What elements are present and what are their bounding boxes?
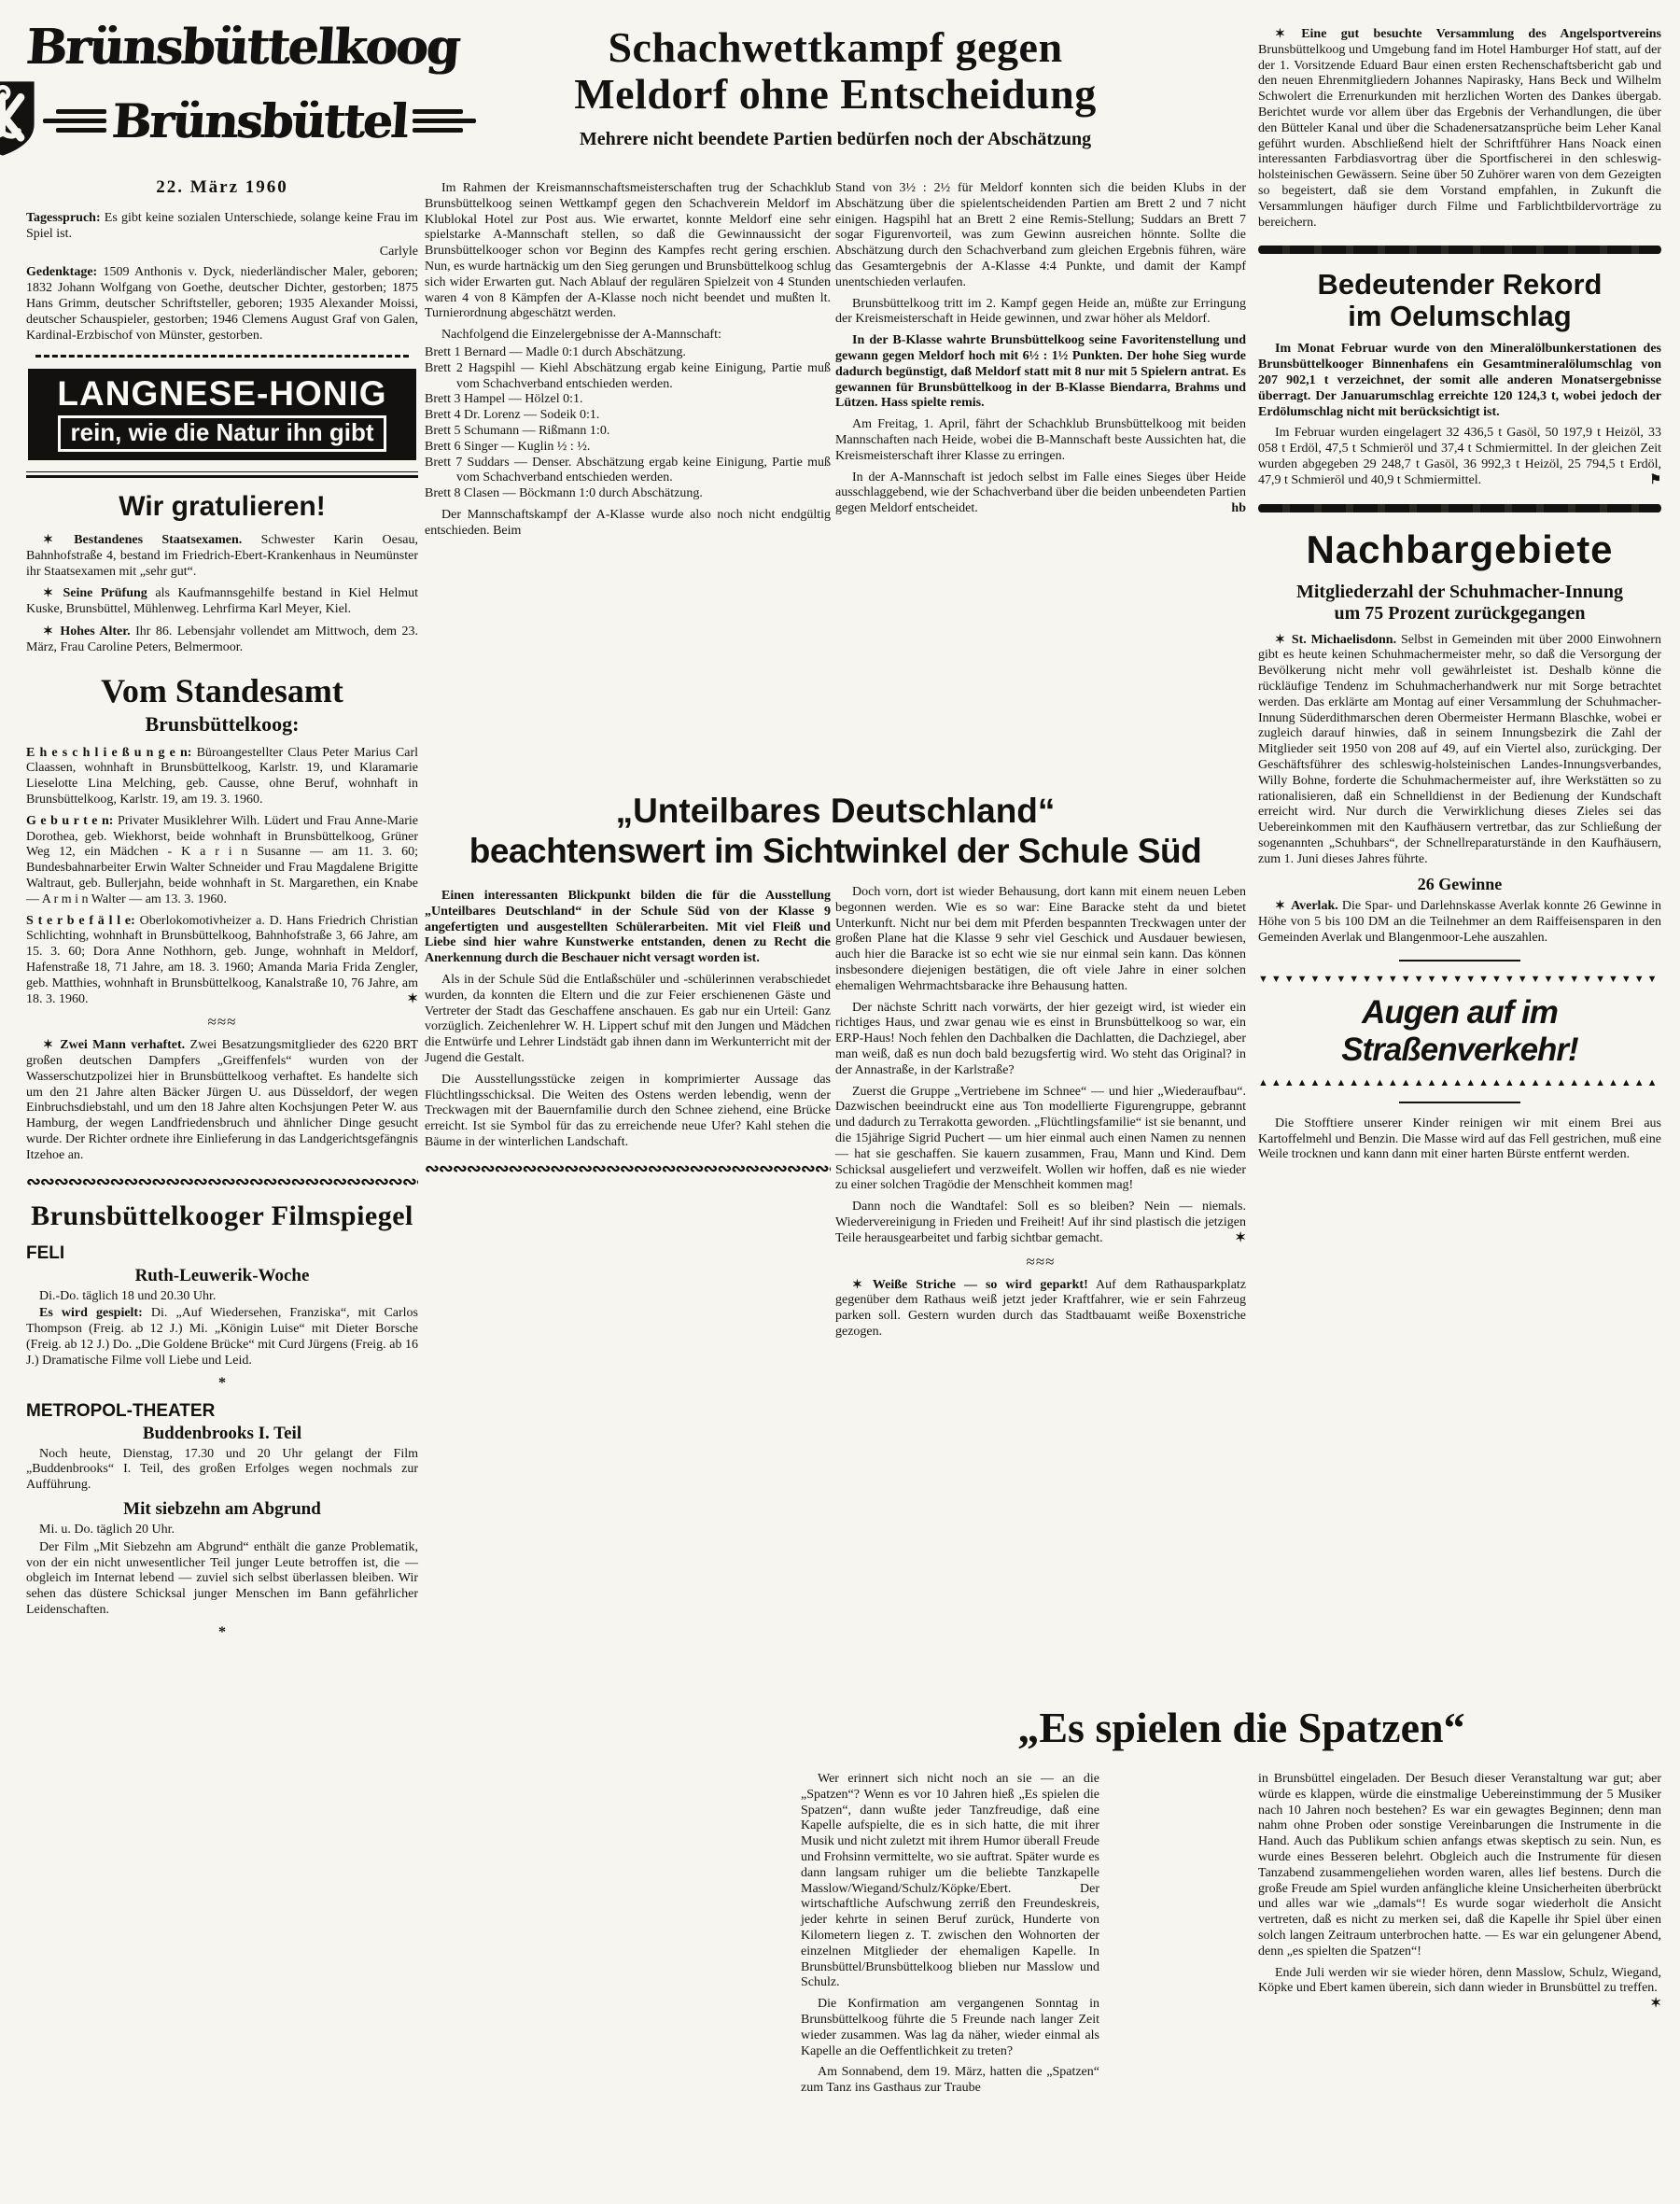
brett-result: Brett 8 Clasen — Böckmann 1:0 durch Absc… [425,486,831,502]
unteilbares-paragraph: Zuerst die Gruppe „Vertriebene im Schnee… [835,1085,1246,1195]
nachbargebiete-headline: Nachbargebiete [1258,527,1661,572]
spatzen-paragraph: Die Konfirmation am vergangenen Sonntag … [801,1997,1099,2059]
feli-times: Di.-Do. täglich 18 und 20.30 Uhr. [26,1289,418,1305]
gewinne-subhead: 26 Gewinne [1258,875,1661,894]
star-icon: ✶ [1275,898,1287,912]
unteilbares-headline: „Unteilbares Deutschland“ beachtenswert … [425,792,1246,872]
cinema-name-metropol: METROPOL-THEATER [26,1401,418,1422]
unteilbares-paragraph: Der nächste Schritt nach vorwärts, der h… [835,1001,1246,1079]
metropol-film2-text: Der Film „Mit Siebzehn am Abgrund“ enthä… [26,1540,418,1619]
brett-result: Brett 5 Schumann — Rißmann 1:0. [425,424,831,440]
brett-result: Brett 6 Singer — Kuglin ½ : ½. [425,440,831,456]
metropol-film2-title: Mit siebzehn am Abgrund [26,1499,418,1520]
short-rule-divider [1399,1102,1520,1103]
asterisk-divider: * [26,1375,418,1392]
unteilbares-paragraph: Doch vorn, dort ist wieder Behausung, do… [835,885,1246,995]
filmspiegel-headline: Brunsbüttelkooger Filmspiegel [26,1200,418,1232]
augen-headline: Augen auf im Straßenverkehr! [1258,994,1661,1069]
standesamt-sterbefaelle: S t e r b e f ä l l e: Oberlokomotivheiz… [26,914,418,1008]
town-crest-shield-icon [0,79,37,162]
left-column: Brünsbüttelkoog Brünsbüttel 22. März 196… [26,19,418,1647]
metropol-film1-title: Buddenbrooks I. Teil [26,1424,418,1444]
rekord-lead-paragraph: Im Monat Februar wurde von den Mineralöl… [1258,342,1661,420]
schach-column-1: Im Rahmen der Kreismannschaftsmeistersch… [425,181,831,545]
nachbar-subhead-line2: um 75 Prozent zurückgegangen [1258,603,1661,625]
unteilbares-column-2: Doch vorn, dort ist wieder Behausung, do… [835,885,1246,1346]
star-icon: ✶ [43,532,55,546]
spatzen-paragraph: Wer erinnert sich nicht noch an sie — an… [801,1772,1099,1991]
masthead-title-top: Brünsbüttelkoog [24,19,420,76]
star-icon: ✶ [1218,1231,1246,1247]
unteilbares-column-1: Einen interessanten Blickpunkt bilden di… [425,889,831,1187]
star-icon: ✶ [43,1037,55,1051]
issue-date: 22. März 1960 [26,177,418,198]
schach-paragraph: Der Mannschaftskampf der A-Klasse wurde … [425,508,831,540]
unteilbares-paragraph: Die Ausstellungsstücke zeigen in komprim… [425,1073,831,1151]
flag-icon: ⚑ [1632,473,1661,489]
small-squiggle-divider: ≈≈≈ [26,1013,418,1032]
brett-result: Brett 4 Dr. Lorenz — Sodeik 0:1. [425,408,831,424]
ad-slogan: rein, wie die Natur ihn gibt [58,415,385,452]
star-icon: ✶ [43,585,55,599]
gratulieren-item: ✶ Bestandenes Staatsexamen. Schwester Ka… [26,532,418,580]
ad-brand: LANGNESE-HONIG [34,376,411,411]
nachbar-subhead-line1: Mitgliederzahl der Schuhmacher-Innung [1258,582,1661,603]
schach-paragraph: Nachfolgend die Einzelergebnisse der A-M… [425,328,831,344]
triangle-band-divider: ▲▲▲▲▲▲▲▲▲▲▲▲▲▲▲▲▲▲▲▲▲▲▲▲▲▲▲▲▲▲▲▲▲▲▲▲▲▲▲▲… [1258,1078,1661,1088]
tagesspruch-attribution: Carlyle [26,245,418,260]
brett-result: Brett 2 Hagspihl — Kiehl Abschätzung erg… [425,361,831,393]
gratulieren-item: ✶ Hohes Alter. Ihr 86. Lebensjahr vollen… [26,624,418,656]
small-squiggle-divider: ≈≈≈ [835,1253,1246,1271]
spatzen-paragraph: Am Sonnabend, dem 19. März, hatten die „… [801,2065,1099,2097]
metropol-film2-times: Mi. u. Do. täglich 20 Uhr. [26,1523,418,1538]
star-icon: ✶ [1275,26,1287,40]
tagesspruch-paragraph: Tagesspruch: Es gibt keine sozialen Unte… [26,211,418,243]
headline-line2: beachtenswert im Sichtwinkel der Schule … [425,831,1246,872]
spatzen-headline: „Es spielen die Spatzen“ [952,1703,1531,1752]
asterisk-divider: * [26,1624,418,1641]
double-rule-divider [26,471,418,478]
star-icon: ✶ [1275,632,1287,646]
standesamt-headline: Vom Standesamt [26,671,418,710]
star-icon: ✶ [407,992,418,1008]
schach-paragraph: Im Rahmen der Kreismannschaftsmeistersch… [425,181,831,322]
star-icon: ✶ [43,624,55,638]
standesamt-eheschliessungen: E h e s c h l i e ß u n g e n: Büroanges… [26,746,418,808]
standesamt-geburten: G e b u r t e n: Privater Musiklehrer Wi… [26,814,418,908]
angelsportverein-paragraph: ✶ Eine gut besuchte Versammlung des Ange… [1258,26,1661,231]
cinema-name-feli: FELI [26,1243,418,1264]
rope-squiggle-divider: ∾∾∾∾∾∾∾∾∾∾∾∾∾∾∾∾∾∾∾∾∾∾∾∾∾∾∾∾∾∾∾∾∾∾∾∾∾∾∾∾ [425,1160,831,1178]
schach-paragraph: Stand von 3½ : 2½ für Meldorf konnten si… [835,181,1246,291]
unteilbares-paragraph: Dann noch die Wandtafel: Soll es so blei… [835,1200,1246,1246]
thick-bar-divider [1258,504,1661,512]
langnese-honig-ad: LANGNESE-HONIG rein, wie die Natur ihn g… [28,369,416,460]
averlak-paragraph: ✶ Averlak. Die Spar- und Darlehnskasse A… [1258,898,1661,946]
brett-result: Brett 3 Hampel — Hölzel 0:1. [425,392,831,408]
schach-paragraph: In der A-Mannschaft ist jedoch selbst im… [835,470,1246,517]
schach-article-headline: Schachwettkampf gegen Meldorf ohne Entsc… [425,24,1246,150]
weisse-striche-paragraph: ✶ Weiße Striche — so wird geparkt! Auf d… [835,1277,1246,1341]
gratulieren-headline: Wir gratulieren! [26,491,418,523]
author-signature: hb [1214,501,1246,517]
triangle-band-divider: ▼▼▼▼▼▼▼▼▼▼▼▼▼▼▼▼▼▼▼▼▼▼▼▼▼▼▼▼▼▼▼▼▼▼▼▼▼▼▼▼… [1258,975,1661,985]
star-icon: ✶ [1633,1997,1661,2013]
headline-line2: Meldorf ohne Entscheidung [425,71,1246,118]
brett-result: Brett 1 Bernard — Madle 0:1 durch Abschä… [425,345,831,361]
schach-paragraph: Am Freitag, 1. April, fährt der Schachkl… [835,417,1246,464]
verhaftet-paragraph: ✶ Zwei Mann verhaftet. Zwei Besatzungsmi… [26,1037,418,1163]
right-column: ✶ Eine gut besuchte Versammlung des Ange… [1258,26,1661,1169]
short-rule-divider [1399,960,1520,962]
rekord-paragraph: Im Februar wurden eingelagert 32 436,5 t… [1258,426,1661,488]
michaelisdonn-paragraph: ✶ St. Michaelisdonn. Selbst in Gemeinden… [1258,632,1661,868]
stofftiere-paragraph: Die Stofftiere unserer Kinder reinigen w… [1258,1116,1661,1163]
rekord-headline-line1: Bedeutender Rekord [1258,269,1661,301]
schach-paragraph-bold: In der B-Klasse wahrte Brunsbüttelkoog s… [835,333,1246,412]
headline-line1: Schachwettkampf gegen [425,24,1246,71]
gratulieren-item: ✶ Seine Prüfung als Kaufmannsgehilfe bes… [26,585,418,618]
unteilbares-lead-paragraph: Einen interessanten Blickpunkt bilden di… [425,889,831,967]
spatzen-paragraph: in Brunsbüttel eingeladen. Der Besuch di… [1258,1772,1661,1960]
masthead-title-bottom: Brünsbüttel [110,93,409,148]
spatzen-column-1: Wer erinnert sich nicht noch an sie — an… [801,1772,1099,2102]
standesamt-subhead: Brunsbüttelkoog: [26,712,418,737]
star-icon: ✶ [852,1277,864,1291]
masthead: Brünsbüttelkoog Brünsbüttel [26,19,418,162]
dashed-divider [35,355,409,358]
schach-subhead: Mehrere nicht beendete Partien bedürfen … [425,129,1246,150]
thick-bar-divider [1258,246,1661,254]
headline-line1: „Unteilbares Deutschland“ [425,792,1246,831]
schach-paragraph: Brunsbüttelkoog tritt im 2. Kampf gegen … [835,297,1246,329]
schach-column-2: Stand von 3½ : 2½ für Meldorf konnten si… [835,181,1246,523]
spatzen-paragraph: Ende Juli werden wir sie wieder hören, d… [1258,1966,1661,1998]
rope-squiggle-divider: ∾∾∾∾∾∾∾∾∾∾∾∾∾∾∾∾∾∾∾∾∾∾∾∾∾∾∾∾∾∾∾∾∾∾∾∾∾∾∾∾ [26,1173,418,1191]
feli-week-title: Ruth-Leuwerik-Woche [26,1266,418,1286]
feli-program: Es wird gespielt: Di. „Auf Wiedersehen, … [26,1306,418,1369]
gedenktage-paragraph: Gedenktage: 1509 Anthonis v. Dyck, niede… [26,265,418,344]
brett-result: Brett 7 Suddars — Denser. Abschätzung er… [425,456,831,487]
rekord-headline-line2: im Oelumschlag [1258,301,1661,332]
unteilbares-paragraph: Als in der Schule Süd die Entlaßschüler … [425,973,831,1067]
speed-lines-icon [43,109,106,133]
metropol-film1-text: Noch heute, Dienstag, 17.30 und 20 Uhr g… [26,1447,418,1494]
spatzen-column-2: in Brunsbüttel eingeladen. Der Besuch di… [1258,1772,1661,2013]
